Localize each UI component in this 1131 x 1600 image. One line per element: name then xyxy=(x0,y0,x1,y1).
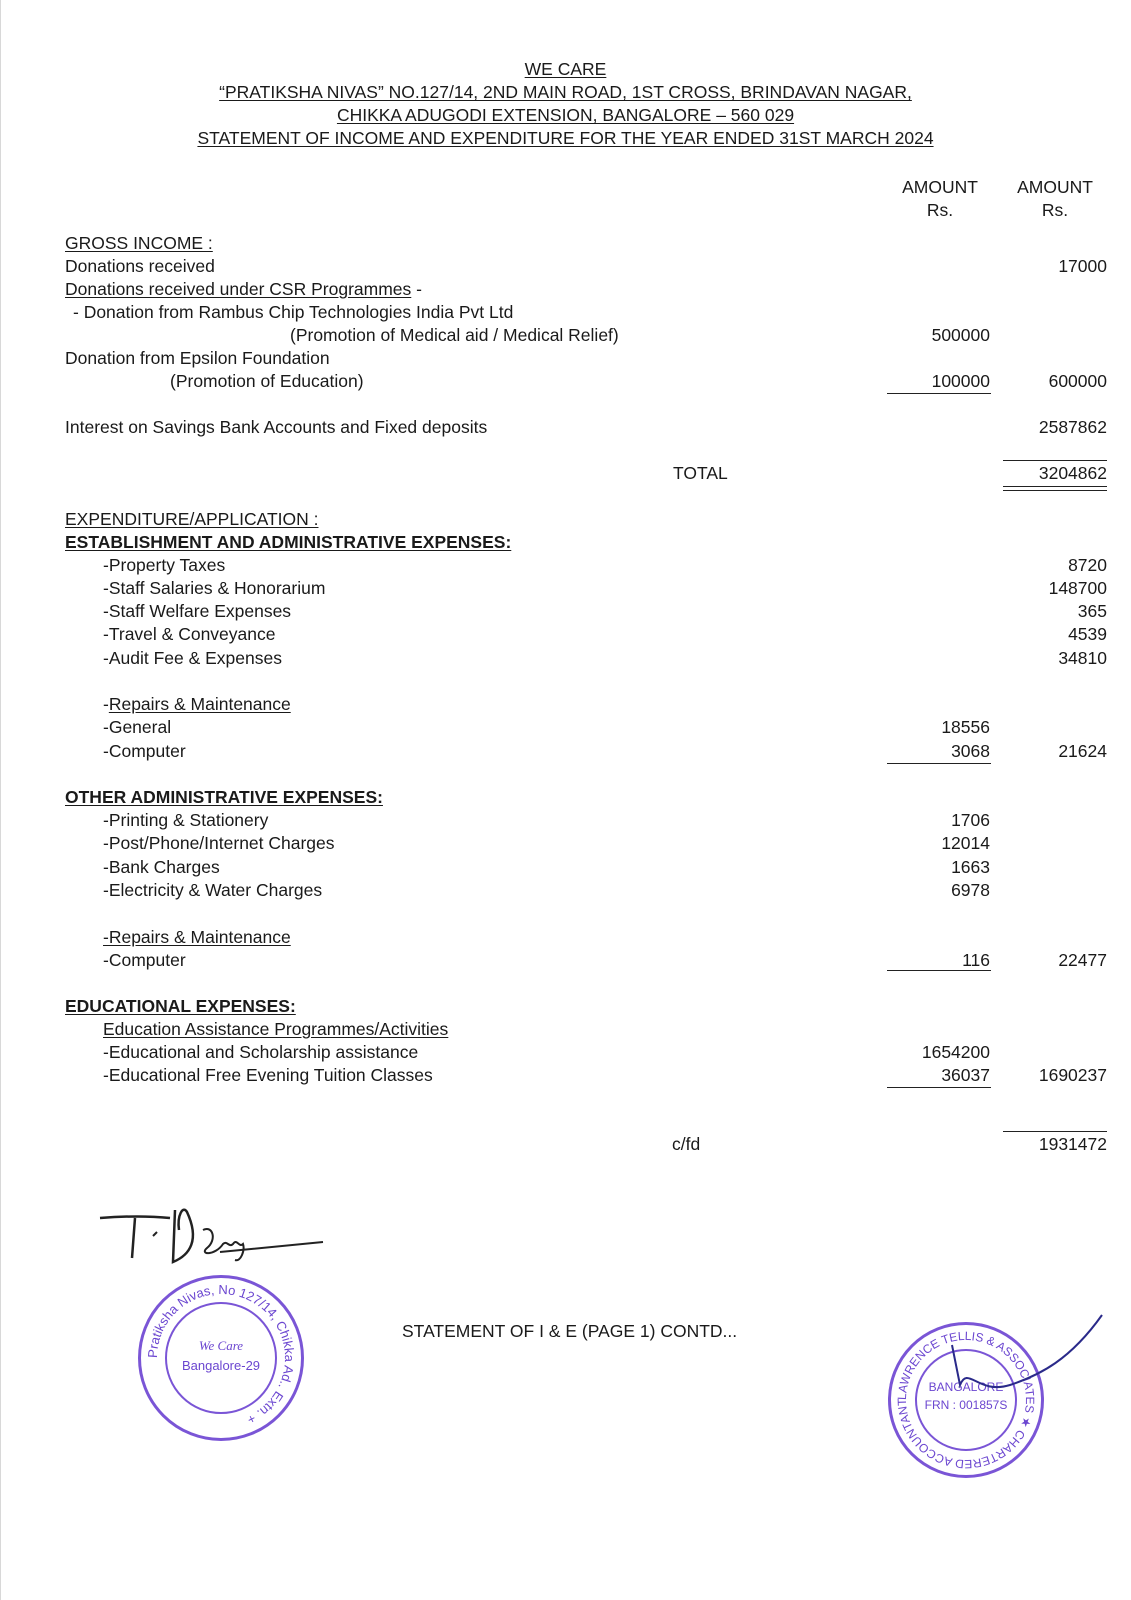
expenditure-heading: EXPENDITURE/APPLICATION : xyxy=(0,508,1131,531)
line-item: -Computer 3068 21624 xyxy=(0,740,1131,763)
income-heading: GROSS INCOME : xyxy=(0,232,1131,255)
line-item: -Electricity & Water Charges 6978 xyxy=(0,879,1131,902)
address-line-1: “PRATIKSHA NIVAS” NO.127/14, 2ND MAIN RO… xyxy=(0,81,1131,104)
line-item: -Staff Salaries & Honorarium 148700 xyxy=(0,577,1131,600)
line-epsilon-purpose: (Promotion of Education) 100000 600000 xyxy=(0,370,1131,393)
rule-total-bottom-1 xyxy=(1003,486,1107,487)
rule-other-admin-subtotal xyxy=(887,970,991,971)
rule-educational-subtotal xyxy=(887,1087,991,1088)
line-rambus-purpose: (Promotion of Medical aid / Medical Reli… xyxy=(0,324,1131,347)
organization-stamp: Pratiksha Nivas, No 127/14, Chikka Ad.. … xyxy=(138,1275,304,1441)
rule-total-bottom-2 xyxy=(1003,490,1107,491)
line-item: -Computer 116 22477 xyxy=(0,949,1131,972)
line-item: -Property Taxes 8720 xyxy=(0,554,1131,577)
line-interest: Interest on Savings Bank Accounts and Fi… xyxy=(0,416,1131,439)
other-admin-repairs-heading: -Repairs & Maintenance xyxy=(0,926,1131,949)
line-item: -Bank Charges 1663 xyxy=(0,856,1131,879)
line-item: -Audit Fee & Expenses 34810 xyxy=(0,647,1131,670)
educational-heading: EDUCATIONAL EXPENSES: xyxy=(0,995,1131,1018)
line-carried-forward: c/fd 1931472 xyxy=(0,1133,1131,1156)
line-item: -Educational Free Evening Tuition Classe… xyxy=(0,1064,1131,1087)
rule-repairs-subtotal xyxy=(887,763,991,764)
line-item: -Post/Phone/Internet Charges 12014 xyxy=(0,832,1131,855)
svg-text:Pratiksha Nivas, No 127/14, Ch: Pratiksha Nivas, No 127/14, Chikka Ad.. … xyxy=(145,1282,297,1428)
line-item: -General 18556 xyxy=(0,716,1131,739)
establishment-heading: ESTABLISHMENT AND ADMINISTRATIVE EXPENSE… xyxy=(0,531,1131,554)
csr-heading: Donations received under CSR Programmes … xyxy=(0,278,1131,301)
establishment-repairs-heading: -Repairs & Maintenance xyxy=(0,693,1131,716)
rule-cfd xyxy=(1003,1131,1107,1132)
line-rambus: - Donation from Rambus Chip Technologies… xyxy=(0,301,1131,324)
column-head-amount-2: AMOUNTRs. xyxy=(1005,176,1105,222)
statement-title: STATEMENT OF INCOME AND EXPENDITURE FOR … xyxy=(0,127,1131,150)
rule-total-top xyxy=(1003,460,1107,461)
line-donations-received: Donations received 17000 xyxy=(0,255,1131,278)
rule-csr-subtotal xyxy=(887,393,991,394)
line-item: -Staff Welfare Expenses 365 xyxy=(0,600,1131,623)
line-item: -Educational and Scholarship assistance … xyxy=(0,1041,1131,1064)
signature-icon xyxy=(95,1200,335,1280)
line-item: -Travel & Conveyance 4539 xyxy=(0,623,1131,646)
line-income-total: TOTAL 3204862 xyxy=(0,462,1131,485)
educational-subheading: Education Assistance Programmes/Activiti… xyxy=(0,1018,1131,1041)
other-admin-heading: OTHER ADMINISTRATIVE EXPENSES: xyxy=(0,786,1131,809)
line-item: -Printing & Stationery 1706 xyxy=(0,809,1131,832)
column-head-amount-1: AMOUNTRs. xyxy=(890,176,990,222)
line-epsilon: Donation from Epsilon Foundation xyxy=(0,347,1131,370)
org-name: WE CARE xyxy=(0,58,1131,81)
continued-note: STATEMENT OF I & E (PAGE 1) CONTD... xyxy=(402,1320,737,1343)
auditor-signature-icon xyxy=(930,1305,1110,1395)
address-line-2: CHIKKA ADUGODI EXTENSION, BANGALORE – 56… xyxy=(0,104,1131,127)
